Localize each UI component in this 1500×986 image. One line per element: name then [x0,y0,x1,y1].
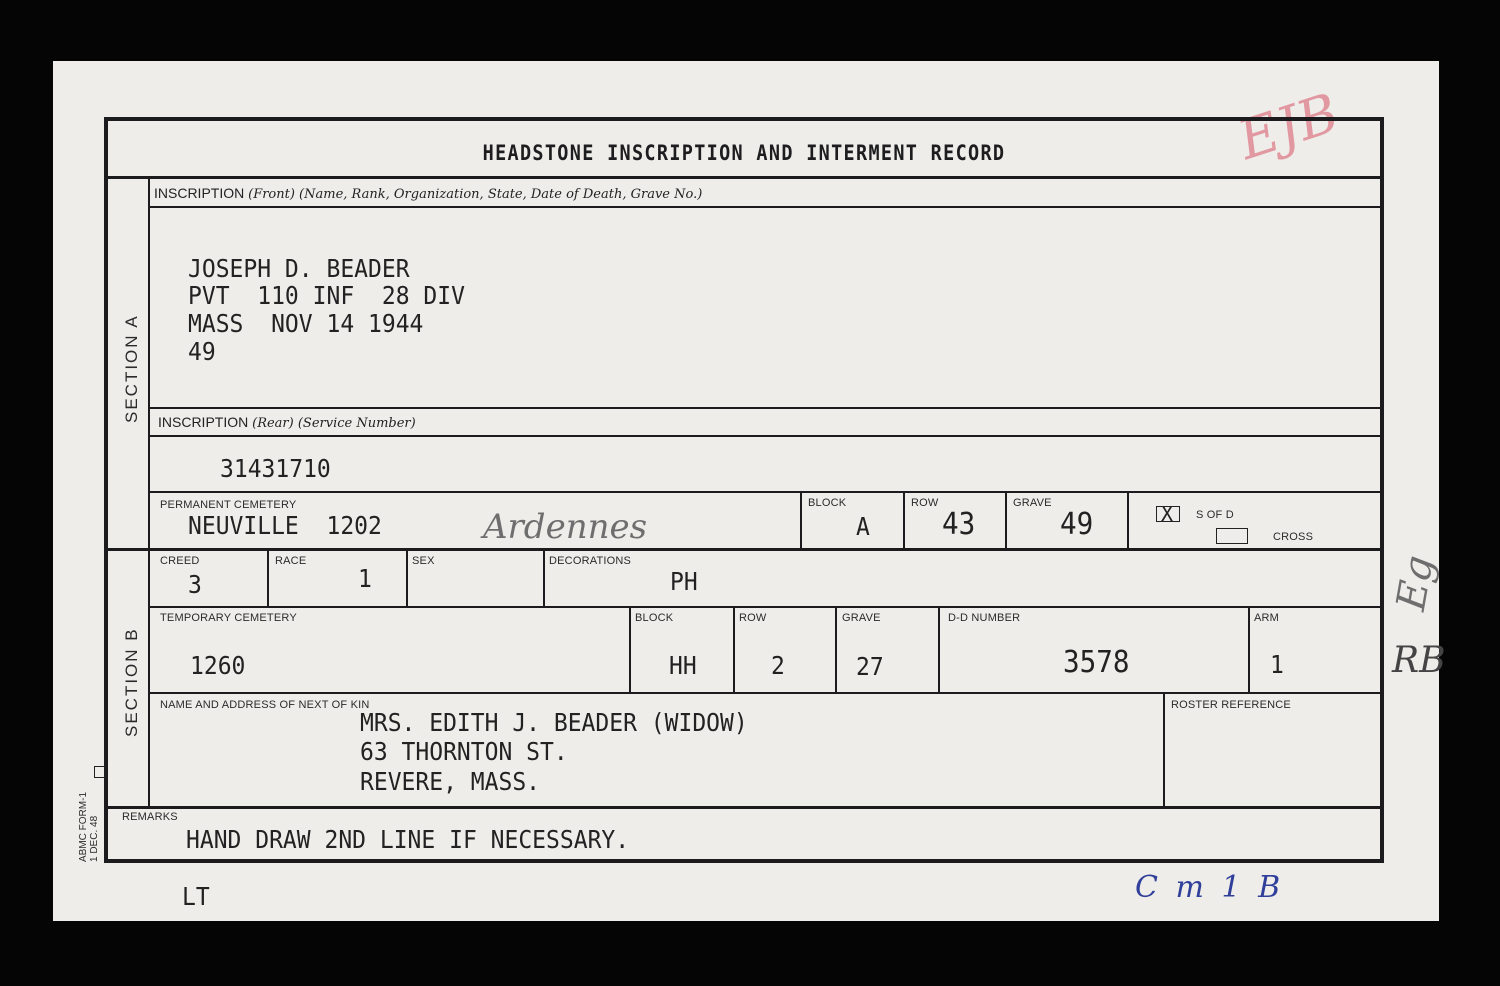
divider [108,806,1380,809]
inscription-front-line-4: 49 [188,338,216,366]
bottom-right-handwritten: C m 1 B [1135,870,1284,905]
divider [629,606,631,692]
divider [108,176,1380,179]
divider [406,548,408,606]
form-frame: HEADSTONE INSCRIPTION AND INTERMENT RECO… [104,117,1384,863]
decorations-value: PH [670,568,698,596]
divider [903,491,905,548]
block-label: BLOCK [808,497,846,509]
next-of-kin-label: NAME AND ADDRESS OF NEXT OF KIN [160,699,370,711]
margin-initials-1: Eg [1388,552,1443,614]
divider [800,491,802,548]
form-id-line-1: ABMC FORM-1 [78,792,89,862]
label-hint: (Front) (Name, Rank, Organization, State… [248,187,702,202]
margin-initials-2: RB [1392,640,1446,681]
service-number: 31431710 [220,455,331,483]
divider [148,435,1380,437]
sex-label: SEX [412,555,435,567]
grave-value: 49 [1060,511,1093,539]
label-hint: (Rear) (Service Number) [252,416,416,431]
s-of-d-checkbox[interactable]: X [1156,506,1180,522]
dd-number-value: 3578 [1063,649,1129,677]
remarks-value: HAND DRAW 2ND LINE IF NECESSARY. [186,826,629,854]
creed-value: 3 [188,571,202,599]
divider [148,407,1380,409]
arm-label: ARM [1254,612,1279,624]
divider [835,606,837,692]
form-id-line-2: 1 DEC. 48 [89,792,100,862]
form-id-checkbox[interactable] [94,766,106,778]
arm-value: 1 [1270,651,1284,679]
divider [1127,491,1129,548]
divider [148,206,1380,208]
form-id: ABMC FORM-1 1 DEC. 48 [78,792,100,862]
s-of-d-label: S OF D [1196,509,1234,521]
roster-reference-label: ROSTER REFERENCE [1171,699,1291,711]
row-label: ROW [911,497,938,509]
divider [938,606,940,692]
divider [543,548,545,606]
row-value: 43 [942,511,975,539]
temp-grave-label: GRAVE [842,612,881,624]
bottom-left-code: LT [182,883,210,911]
permanent-cemetery-handwritten: Ardennes [483,507,647,547]
temp-row-value: 2 [771,652,785,680]
race-label: RACE [275,555,306,567]
temporary-cemetery-value: 1260 [190,652,245,680]
section-b-label: SECTION B [122,627,142,737]
temporary-cemetery-label: TEMPORARY CEMETERY [160,612,297,624]
grave-label: GRAVE [1013,497,1052,509]
divider [108,548,1380,551]
inscription-front-line-2: PVT 110 INF 28 DIV [188,282,465,310]
temp-block-label: BLOCK [635,612,673,624]
temp-block-value: HH [669,652,697,680]
divider [148,606,1380,608]
divider [1163,692,1165,806]
next-of-kin-line-3: REVERE, MASS. [360,768,540,796]
creed-label: CREED [160,555,200,567]
race-value: 1 [358,565,372,593]
divider [1005,491,1007,548]
decorations-label: DECORATIONS [549,555,631,567]
cross-checkbox[interactable] [1216,528,1248,544]
inscription-front-label: INSCRIPTION (Front) (Name, Rank, Organiz… [154,185,702,202]
check-mark-icon: X [1161,502,1173,526]
divider [1248,606,1250,692]
inscription-rear-label: INSCRIPTION (Rear) (Service Number) [158,414,416,431]
next-of-kin-line-2: 63 THORNTON ST. [360,738,568,766]
divider [148,491,1380,493]
block-value: A [856,513,870,541]
next-of-kin-line-1: MRS. EDITH J. BEADER (WIDOW) [360,709,748,737]
dd-number-label: D-D NUMBER [948,612,1020,624]
divider [267,548,269,606]
temp-row-label: ROW [739,612,766,624]
section-a-label: SECTION A [122,314,142,423]
remarks-label: REMARKS [122,811,178,823]
temp-grave-value: 27 [856,653,884,681]
inscription-front-line-3: MASS NOV 14 1944 [188,310,423,338]
permanent-cemetery-label: PERMANENT CEMETERY [160,499,296,511]
form-title: HEADSTONE INSCRIPTION AND INTERMENT RECO… [184,141,1303,165]
label-text: INSCRIPTION [158,414,248,430]
label-text: INSCRIPTION [154,185,244,201]
divider [733,606,735,692]
cross-label: CROSS [1273,531,1313,543]
divider [148,692,1380,694]
permanent-cemetery-value: NEUVILLE 1202 [188,512,382,540]
inscription-front-line-1: JOSEPH D. BEADER [188,255,410,283]
